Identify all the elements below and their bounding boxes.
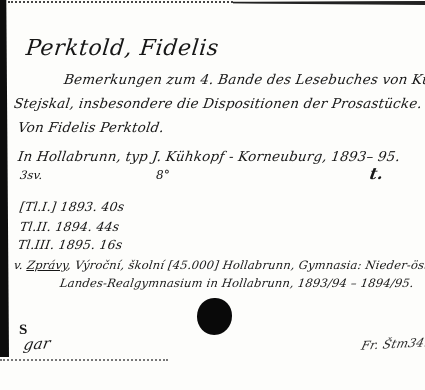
card-heading-author: Perktold, Fidelis [25,36,220,61]
volume-entry: Tl.III. 1895. 16s [17,237,124,252]
reference-line-1: v. Zprávy, Výroční, školní [45.000] Holl… [13,258,425,272]
reference-line-2: Landes-Realgymnasium in Hollabrunn, 1893… [59,276,415,290]
volume-entry: [Tl.I.] 1893. 40s [19,199,126,214]
catalog-card-scan: Perktold, Fidelis Bemerkungen zum 4. Ban… [0,0,425,390]
volume-count: 3sv. [19,168,44,182]
bottom-left-note: gar [22,334,52,354]
punch-hole [197,298,232,335]
format-size: 8° [156,168,170,182]
reference-keyword: Zprávy [26,258,68,272]
card-top-edge-solid [233,1,425,5]
card-top-edge-dotted [8,1,233,3]
volume-entry: Tl.II. 1894. 44s [19,219,121,234]
title-line-2: Stejskal, insbesondere die Dispositionen… [13,96,423,112]
reference-rest: , Výroční, školní [45.000] Hollabrunn, G… [66,258,425,272]
cataloguer-signature: Fr. Štm34. [360,335,425,352]
card-left-edge-shadow [0,0,9,357]
imprint-line: In Hollabrunn, typ J. Kühkopf - Korneubu… [17,149,401,165]
card-bottom-edge [0,359,168,361]
byline: Von Fidelis Perktold. [17,120,165,136]
title-line-1: Bemerkungen zum 4. Bande des Lesebuches … [63,72,425,88]
shelf-mark: t. [368,164,385,183]
